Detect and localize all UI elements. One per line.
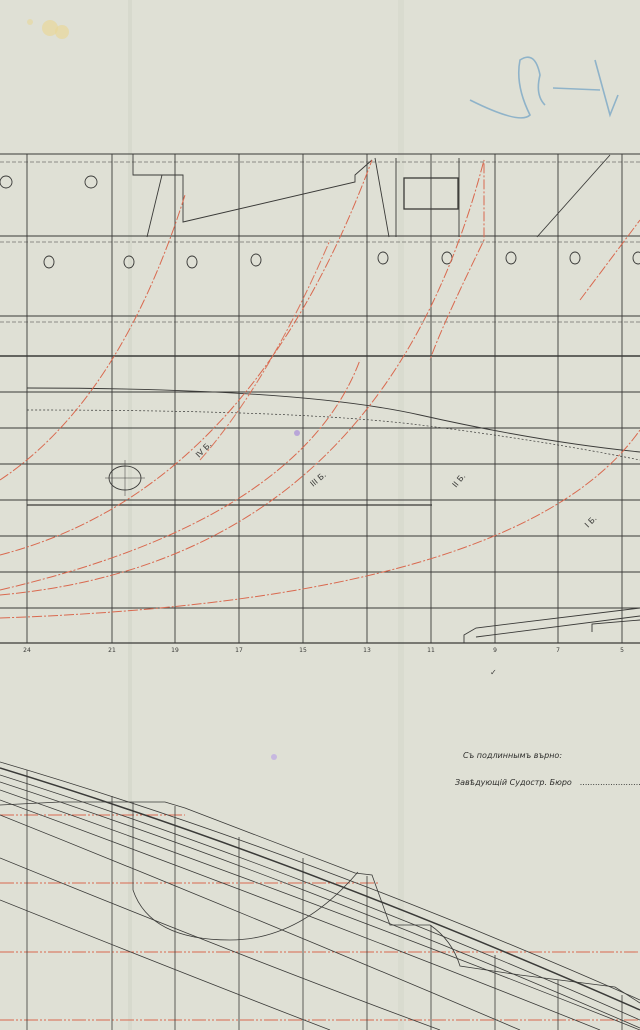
buttock-labels: IV Б. III Б. II Б. I Б. xyxy=(194,440,599,529)
paper-stains xyxy=(27,0,404,1030)
svg-text:15: 15 xyxy=(299,647,307,654)
check-mark: ✓ xyxy=(490,668,497,677)
svg-text:5: 5 xyxy=(620,647,624,654)
svg-text:13: 13 xyxy=(363,647,371,654)
station-numbers: 24 21 19 17 15 13 11 9 7 5 xyxy=(23,647,624,654)
buttock-label-iv: IV Б. xyxy=(194,440,213,459)
buttock-label-iii: III Б. xyxy=(309,470,328,488)
half-breadth-plan xyxy=(0,762,640,1030)
pencil-mark xyxy=(470,57,618,118)
svg-text:21: 21 xyxy=(108,647,116,654)
svg-text:11: 11 xyxy=(427,647,435,654)
lines-plan-drawing: IV Б. III Б. II Б. I Б. 24 21 19 17 15 1… xyxy=(0,0,640,1030)
certification-line-2: Завѣдующій Судостр. Бюро xyxy=(455,778,572,787)
buttock-label-ii: II Б. xyxy=(451,472,468,490)
certification-line-1: Съ подлиннымъ върно: xyxy=(463,751,562,760)
svg-text:24: 24 xyxy=(23,647,31,654)
svg-text:19: 19 xyxy=(171,647,179,654)
svg-text:7: 7 xyxy=(556,647,560,654)
certification-note: Съ подлиннымъ върно: Завѣдующій Судостр.… xyxy=(455,751,640,787)
sheer-plan xyxy=(0,154,640,643)
ship-drawing-sheet: IV Б. III Б. II Б. I Б. 24 21 19 17 15 1… xyxy=(0,0,640,1030)
buttock-label-i: I Б. xyxy=(583,514,599,530)
svg-text:17: 17 xyxy=(235,647,243,654)
signature-line: ................................ xyxy=(580,778,640,787)
svg-text:9: 9 xyxy=(493,647,497,654)
